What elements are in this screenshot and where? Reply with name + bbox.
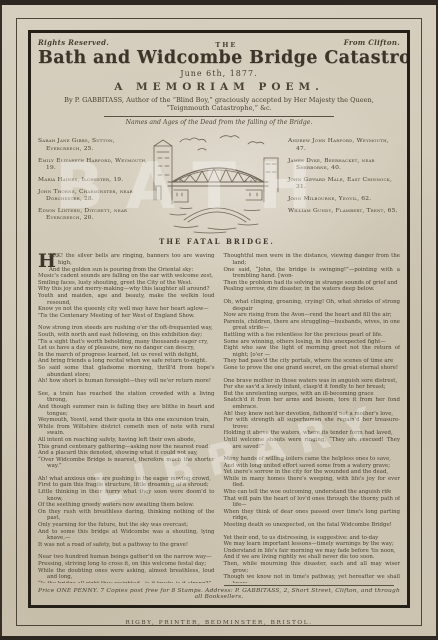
poem-line: We may learn important lessons—timely wa… bbox=[224, 541, 401, 548]
poem-line: First to gain this fragile structure, li… bbox=[38, 482, 215, 489]
poem-line: Then, while mourning this disaster, each… bbox=[224, 561, 401, 574]
poem-line: Though we know not in time's pathway, ye… bbox=[224, 574, 401, 583]
poem-line: Eight who saw the light of morning greet… bbox=[224, 345, 401, 358]
event-date: June 6th, 1877. bbox=[38, 69, 400, 78]
poem-line: Ah! how short is human foresight—they wi… bbox=[38, 378, 215, 385]
victim-entry: Sarah Jane Gibbs, Sutton, Evercreech, 25… bbox=[38, 138, 150, 153]
poem-stanza: One brave mother in those waters was in … bbox=[224, 378, 401, 451]
victim-entry: Maria Haines, Ilchester, 19. bbox=[38, 177, 150, 184]
bridge-illustration bbox=[150, 130, 284, 236]
byline-line2: “Teignmouth Catastrophe,” &c. bbox=[38, 104, 400, 112]
scan-edge-bottom bbox=[0, 636, 438, 640]
poem-line: While in many homes there's weeping, wit… bbox=[224, 476, 401, 489]
victims-list-right: Andrew John Harford, Weymouth, 47.James … bbox=[284, 130, 400, 220]
poem-line: Yet their end, to us distressing, is sug… bbox=[224, 535, 401, 542]
poem-line: And though summer rain is falling they a… bbox=[38, 404, 215, 417]
illustration-block: THE FATAL BRIDGE. bbox=[150, 130, 284, 246]
poem-line: It was not a road of safety, but a pathw… bbox=[38, 542, 215, 549]
victims-list-left: Sarah Jane Gibbs, Sutton, Evercreech, 25… bbox=[38, 130, 150, 227]
poem-line: Pealing sorrow, dire disaster, in the wa… bbox=[224, 286, 401, 293]
poem-line: They had pass'd the city portals, where … bbox=[224, 358, 401, 365]
byline: By P. GABBITASS, Author of the “Blind Bo… bbox=[38, 96, 400, 112]
poem-line: “Over Widcombe Bridge is nearest, theref… bbox=[38, 457, 215, 470]
title-article-the: THE bbox=[215, 41, 237, 49]
page-title: Bath and Widcombe Bridge Catastrophe, bbox=[38, 48, 400, 68]
poem-line: Weymouth, Yeovil, send their quota in th… bbox=[38, 417, 215, 424]
poem-line: Snatch'd it from her arms and bosom, tor… bbox=[224, 397, 401, 410]
poem-line: And the golden sun is pouring from the O… bbox=[38, 267, 215, 274]
victim-entry: John Milbourne, Yeovil, 62. bbox=[288, 196, 400, 203]
victim-entry: John Thorne, Charminster, near Dorcheste… bbox=[38, 189, 150, 204]
poem-line: 'Tis a sight that's worth beholding, man… bbox=[38, 339, 215, 346]
poem-line: While from Wiltshire district cometh men… bbox=[38, 424, 215, 437]
poem-line: Understand in life's fair morning we may… bbox=[224, 548, 401, 555]
poem-line: Gone to prove the one grand secret, on t… bbox=[224, 365, 401, 372]
poem-line: One brave mother in those waters was in … bbox=[224, 378, 401, 385]
poem-stanza: Oh, what clinging, groaning, crying! Oh,… bbox=[224, 299, 401, 372]
poem-line: Music's cadent sounds are falling on the… bbox=[38, 273, 215, 280]
poem-line: And with long united effort saved some f… bbox=[224, 463, 401, 470]
poem-line: Let us have a day of pleasure, now no da… bbox=[38, 345, 215, 352]
from-clifton-note: From Clifton. bbox=[344, 38, 400, 47]
poem-line: Now are rising from the Avon—rend the he… bbox=[224, 312, 401, 319]
poem-line: Of the seething greedy waters now awaiti… bbox=[38, 502, 215, 509]
poem-line: Smiling faces, lusty shouting, greet the… bbox=[38, 280, 215, 287]
poem-line: “Is the bridge all right thus weighted—i… bbox=[38, 581, 215, 583]
poem-column-right: Thoughtful men were in the distance, vie… bbox=[224, 253, 401, 583]
poem-line: Who can tell the woe outcoming, understa… bbox=[224, 489, 401, 496]
poem-line: And to some this bridge at Widcombe was … bbox=[38, 529, 215, 542]
poem-line: One said, “John, the bridge is swinging!… bbox=[224, 267, 401, 280]
poem-line: Some are winning, others losing, in this… bbox=[224, 339, 401, 346]
poem-line: All intent on reaching safety, having le… bbox=[38, 437, 215, 444]
poem-line: And a placard this denoted, showing what… bbox=[38, 450, 215, 457]
illustration-caption: THE FATAL BRIDGE. bbox=[150, 237, 284, 246]
victim-entry: William Gundy, Flambert, Trent, 65. bbox=[288, 208, 400, 215]
poem-line: Oh, what clinging, groaning, crying! Oh,… bbox=[224, 299, 401, 312]
poem-line: On they rush with breathless daring, thi… bbox=[38, 509, 215, 522]
poem-line: Ah! they knew not her devotion, fathom'd… bbox=[224, 411, 401, 418]
poem-line: So said some that gladsome morning, thri… bbox=[38, 365, 215, 378]
price-line: Price ONE PENNY. 7 Copies post free for … bbox=[38, 588, 400, 601]
scan-edge-top bbox=[0, 0, 438, 5]
poem-stanza: Now strong iron steeds are rushing o'er … bbox=[38, 325, 215, 384]
poem-line: While the doubting ones were asking, alm… bbox=[38, 568, 215, 581]
poem-line: But the unrelenting surges, with an ill-… bbox=[224, 391, 401, 398]
poem-line: See, a train has reached the station cro… bbox=[38, 391, 215, 404]
poem-line: Pressing, striving long to cross it, on … bbox=[38, 561, 215, 568]
poem-line: Ah! what anxious ones are pushing in the… bbox=[38, 476, 215, 483]
poem-column-left: HARK! the silver bells are ringing, bann… bbox=[38, 253, 215, 583]
header-divider bbox=[104, 116, 334, 117]
poem-stanza: HARK! the silver bells are ringing, bann… bbox=[38, 253, 215, 319]
poem-line: In the march of progress learned, let us… bbox=[38, 352, 215, 359]
document-frame: Rights Reserved. THE From Clifton. Bath … bbox=[28, 30, 410, 608]
poem-line: Many hands of willing toilers came the h… bbox=[224, 456, 401, 463]
poem-stanza: Near two hundred human beings gather'd o… bbox=[38, 554, 215, 583]
victim-entry: Edwin Lintern, Ditchett, near Evercreech… bbox=[38, 208, 150, 223]
poem-stanza: See, a train has reached the station cro… bbox=[38, 391, 215, 470]
victim-entry: Andrew John Harford, Weymouth, 47. bbox=[288, 138, 400, 153]
poem-line: Youth and maiden, age and beauty, make t… bbox=[38, 293, 215, 306]
names-caption: Names and Ages of the Dead from the fall… bbox=[38, 119, 400, 126]
poem-line: Then the problem had its solving in stra… bbox=[224, 280, 401, 287]
victim-entry: John Giffard Male, East Chinnock, 31. bbox=[288, 177, 400, 192]
poem-line: Thoughtful men were in the distance, vie… bbox=[224, 253, 401, 266]
poem-line: Near two hundred human beings gather'd o… bbox=[38, 554, 215, 561]
poem-line: Little thinking in their hurry what they… bbox=[38, 489, 215, 502]
poem-line: When they think of dear ones passed over… bbox=[224, 509, 401, 522]
poem-line: Why this joy and merry-making—why this l… bbox=[38, 286, 215, 293]
poem-line: Only yearning for the future, but the sk… bbox=[38, 522, 215, 529]
victim-entry: James Dyke, Beerhacket, near Sherborne, … bbox=[288, 158, 400, 173]
poem-line: For with strength all superhuman she reg… bbox=[224, 417, 401, 430]
poem-line: Parents, children, there are struggling—… bbox=[224, 319, 401, 332]
poem-line: And bring friends a long recital when we… bbox=[38, 358, 215, 365]
poem-line: And if we are living rightly we shall ne… bbox=[224, 554, 401, 561]
poem-line: Holding it above the waters, where its t… bbox=[224, 430, 401, 437]
poem-line: South, with north and east following, on… bbox=[38, 332, 215, 339]
rights-reserved-note: Rights Reserved. bbox=[38, 38, 109, 47]
poem-line: Battling with a foe relentless for the p… bbox=[224, 332, 401, 339]
poem-stanza: Many hands of willing toilers came the h… bbox=[224, 456, 401, 529]
printer-imprint: RIGBY, PRINTER, BEDMINSTER, BRISTOL. bbox=[0, 620, 438, 626]
poem-stanza: Thoughtful men were in the distance, vie… bbox=[224, 253, 401, 293]
byline-line1: By P. GABBITASS, Author of the “Blind Bo… bbox=[38, 96, 400, 104]
poem-line: Yet there's sorrow in the city for the w… bbox=[224, 469, 401, 476]
victim-entry: Emily Elizabeth Harford, Weymouth, 19. bbox=[38, 158, 150, 173]
poem-line: HARK! the silver bells are ringing, bann… bbox=[38, 253, 215, 266]
poem-line: Know ye not the queenly city well may ha… bbox=[38, 306, 215, 313]
poem-line: That will pain the heart of lov'd ones t… bbox=[224, 496, 401, 509]
poem-body: HARK! the silver bells are ringing, bann… bbox=[38, 253, 400, 583]
victims-section: Sarah Jane Gibbs, Sutton, Evercreech, 25… bbox=[38, 130, 400, 246]
poem-line: Until welcome shouts were ringing, “They… bbox=[224, 437, 401, 450]
header-top-row: Rights Reserved. THE From Clifton. bbox=[38, 38, 400, 47]
poem-line: Meeting death so unexpected, on the fata… bbox=[224, 522, 401, 529]
poem-line: 'Tis the Centenary Meeting of her West o… bbox=[38, 313, 215, 320]
poem-subtitle: A MEMORIAM POEM. bbox=[38, 81, 400, 93]
poem-stanza: Ah! what anxious ones are pushing in the… bbox=[38, 476, 215, 549]
poem-line: This grand centenary gathering—asking no… bbox=[38, 444, 215, 451]
poem-line: For she sav'd a lovely infant, clasp'd i… bbox=[224, 384, 401, 391]
poem-line: Now strong iron steeds are rushing o'er … bbox=[38, 325, 215, 332]
poem-stanza: Yet their end, to us distressing, is sug… bbox=[224, 535, 401, 583]
footer-divider bbox=[224, 585, 394, 586]
